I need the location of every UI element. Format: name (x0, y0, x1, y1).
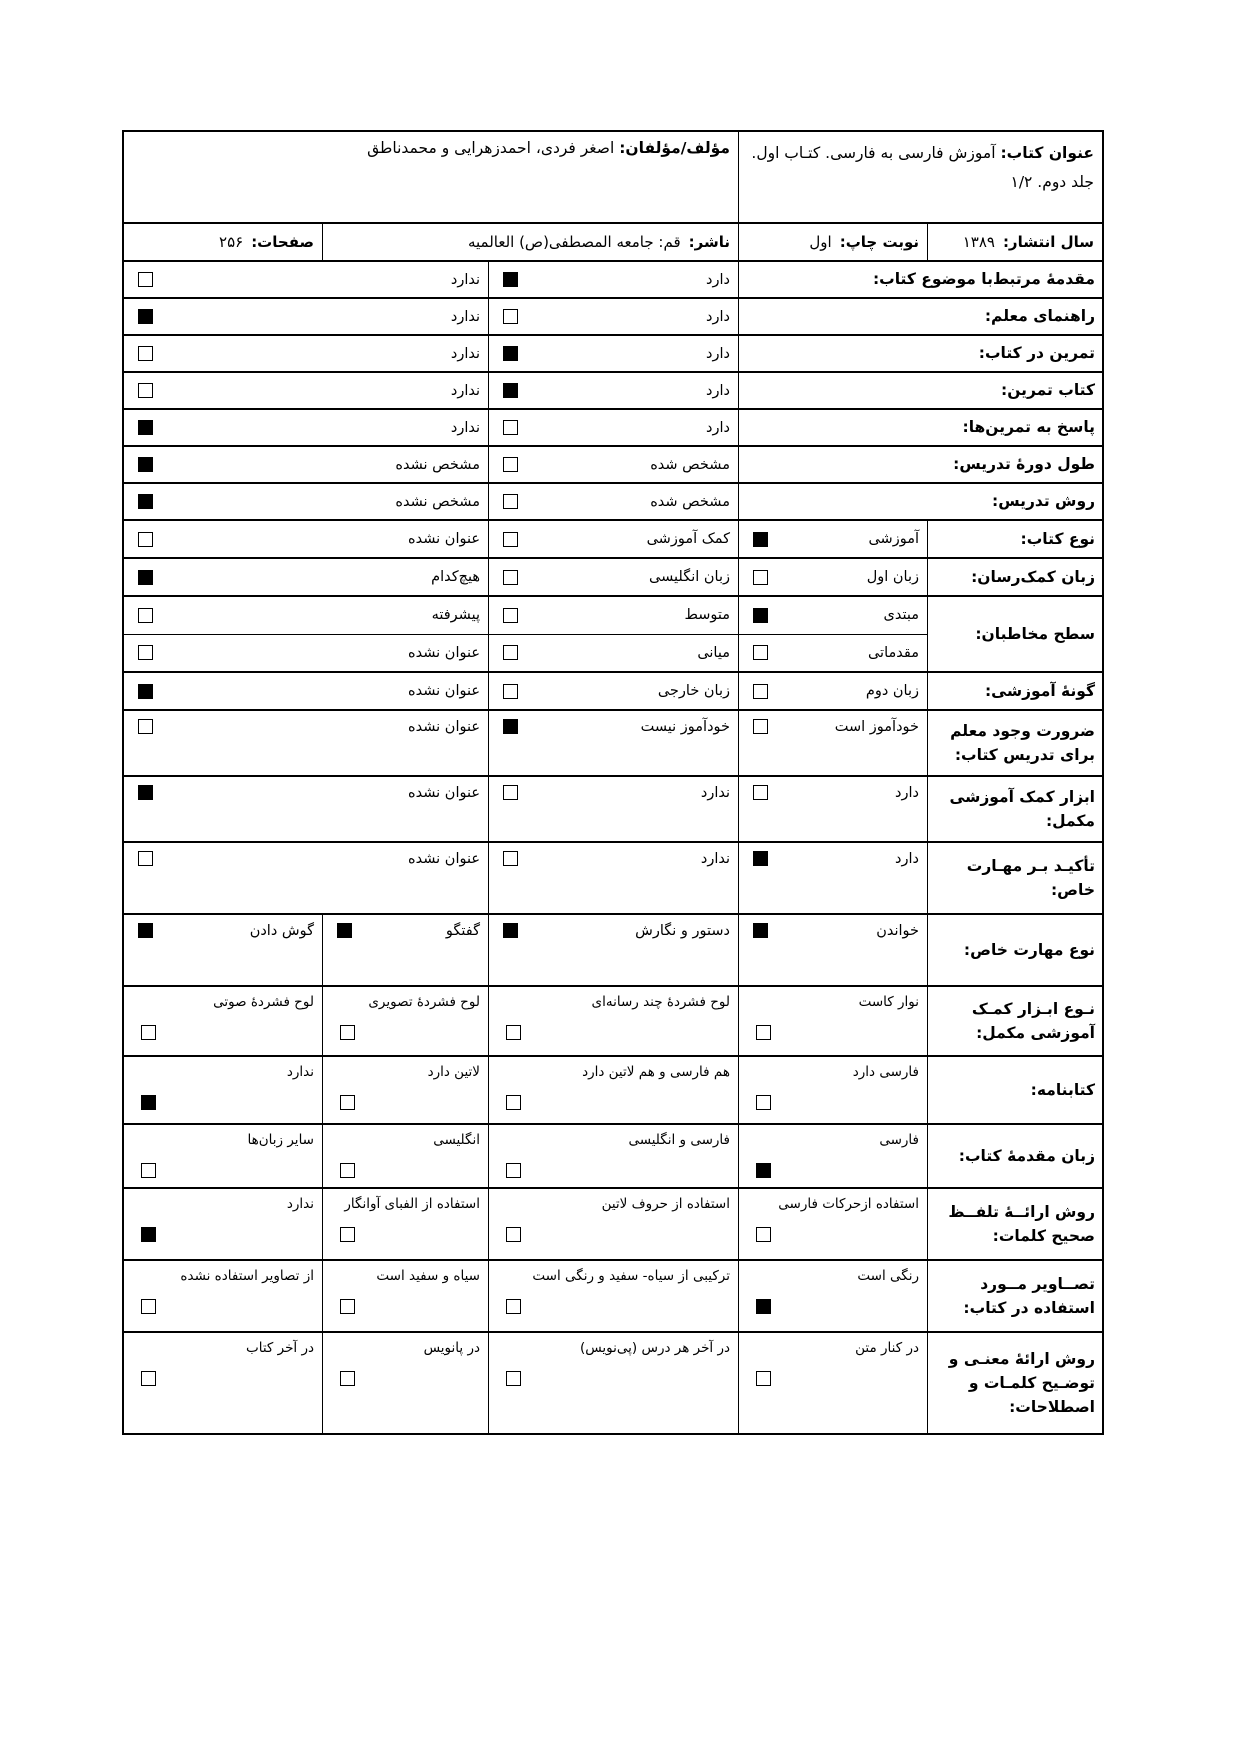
publish-year-value: ۱۳۸۹ (963, 233, 995, 251)
option-label: دارد (895, 851, 919, 867)
option-label: هیچ‌کدام (431, 569, 480, 585)
option-cell: لوح فشردۀ چند رسانه‌ای (488, 987, 738, 1055)
field-label: تصــاویر مــورد استفاده در کتاب: (927, 1261, 1102, 1331)
checkbox (503, 608, 518, 623)
option-label: در آخر کتاب (124, 1339, 314, 1358)
checkbox (138, 923, 153, 938)
field-label: نوع مهارت خاص: (927, 915, 1102, 985)
option-cell: ندارد (488, 843, 738, 913)
pages-cell: صفحات: ۲۵۶ (124, 224, 322, 260)
audience-level-options: مبتدی متوسط پیشرفته مقدماتی میانی عنوان … (124, 597, 927, 671)
option-label: انگلیسی (323, 1131, 480, 1150)
option-cell: گوش دادن (124, 915, 322, 985)
checkbox (503, 272, 518, 287)
option-label: خواندن (876, 923, 919, 939)
field-row-bibliography: کتابنامه: فارسی دارد هم فارسی و هم لاتین… (124, 1057, 1102, 1125)
checkbox (506, 1163, 521, 1178)
option-label: میانی (697, 645, 730, 661)
checkbox (503, 851, 518, 866)
option-label: کمک آموزشی (647, 531, 730, 547)
field-row-pronunciation-method: روش ارائــۀ تلفــظ صحیح کلمات: استفاده ا… (124, 1189, 1102, 1261)
option-cell: گفتگو (322, 915, 488, 985)
option-cell: زبان انگلیسی (488, 559, 738, 595)
option-label: ندارد (451, 346, 480, 362)
option-label: مشخص شده (650, 494, 730, 510)
option-cell: فارسی (738, 1125, 927, 1187)
option-label: عنوان نشده (408, 645, 480, 661)
option-label: ندارد (124, 1195, 314, 1214)
checkbox (506, 1095, 521, 1110)
option-label: نوار کاست (739, 993, 919, 1012)
checkbox (753, 923, 768, 938)
field-label: نوع کتاب: (927, 521, 1102, 557)
checkbox (503, 785, 518, 800)
option-label: آموزشی (868, 531, 919, 547)
checkbox (138, 645, 153, 660)
pages-label: صفحات: (251, 233, 314, 251)
option-cell: استفاده ازحرکات فارسی (738, 1189, 927, 1259)
option-cell: ندارد (124, 1057, 322, 1123)
option-label: گفتگو (446, 923, 480, 939)
checkbox (340, 1371, 355, 1386)
checkbox (756, 1095, 771, 1110)
option-cell: سایر زبان‌ها (124, 1125, 322, 1187)
option-cell: ندارد (124, 336, 488, 371)
authors-value: اصغر فردی، احمدزهرایی و محمدناطق (367, 139, 614, 157)
option-cell: عنوان نشده (124, 843, 488, 913)
option-cell: ندارد (124, 299, 488, 334)
field-row-answer-key: پاسخ به تمرین‌ها: دارد ندارد (124, 410, 1102, 447)
option-cell: نوار کاست (738, 987, 927, 1055)
checkbox (753, 851, 768, 866)
option-cell: مشخص نشده (124, 447, 488, 482)
checkbox (138, 684, 153, 699)
option-label: مشخص نشده (395, 457, 480, 473)
checkbox (503, 645, 518, 660)
option-label: در کنار متن (739, 1339, 919, 1358)
edition-cell: نوبت چاپ: اول (738, 224, 927, 260)
option-cell: دارد (488, 299, 738, 334)
option-label: زبان اول (867, 569, 919, 585)
checkbox (756, 1227, 771, 1242)
option-label: دارد (895, 785, 919, 801)
checkbox (503, 494, 518, 509)
option-cell: ترکیبی از سیاه- سفید و رنگی است (488, 1261, 738, 1331)
option-label: استفاده از حروف لاتین (489, 1195, 730, 1214)
checkbox (756, 1371, 771, 1386)
field-row-book-type: نوع کتاب: آموزشی کمک آموزشی عنوان نشده (124, 521, 1102, 559)
option-cell: پیشرفته (124, 597, 488, 634)
book-info-table: عنوان کتاب: آموزش فارسی به فارسی. کتـاب … (122, 130, 1104, 1435)
pages-value: ۲۵۶ (219, 233, 243, 251)
option-cell: زبان اول (738, 559, 927, 595)
option-label: دارد (706, 383, 730, 399)
checkbox (141, 1025, 156, 1040)
option-cell: در آخر هر درس (پی‌نویس) (488, 1333, 738, 1433)
field-label: کتابنامه: (927, 1057, 1102, 1123)
option-cell: عنوان نشده (124, 673, 488, 709)
option-label: مقدماتی (868, 645, 919, 661)
option-cell: مقدماتی (738, 635, 927, 672)
option-cell: مشخص شده (488, 447, 738, 482)
field-row-teacher-necessity: ضرورت وجود معلم برای تدریس کتاب: خودآموز… (124, 711, 1102, 777)
option-cell: دارد (488, 262, 738, 297)
option-label: سیاه و سفید است (323, 1267, 480, 1286)
field-label: زبان کمک‌رسان: (927, 559, 1102, 595)
option-label: عنوان نشده (408, 851, 480, 867)
checkbox (138, 532, 153, 547)
field-label: روش ارائــۀ تلفــظ صحیح کلمات: (927, 1189, 1102, 1259)
option-cell: ندارد (124, 262, 488, 297)
publisher-label: ناشر: (689, 233, 730, 251)
field-label: ضرورت وجود معلم برای تدریس کتاب: (927, 711, 1102, 775)
option-label: عنوان نشده (408, 785, 480, 801)
checkbox (506, 1025, 521, 1040)
option-cell: خودآموز است (738, 711, 927, 775)
option-label: عنوان نشده (408, 683, 480, 699)
option-cell: هیچ‌کدام (124, 559, 488, 595)
field-row-supplementary-tools: ابزار کمک آموزشی مکمل: دارد ندارد عنوان … (124, 777, 1102, 843)
option-label: خودآموز است (835, 719, 919, 735)
option-cell: ندارد (124, 1189, 322, 1259)
field-row-teaching-method: روش تدریس: مشخص شده مشخص نشده (124, 484, 1102, 521)
option-label: زبان خارجی (658, 683, 730, 699)
option-cell: میانی (488, 635, 738, 672)
checkbox (340, 1299, 355, 1314)
book-title-value: آموزش فارسی به فارسی. کتـاب اول. (751, 144, 995, 162)
option-label: ندارد (451, 272, 480, 288)
authors-cell: مؤلف/مؤلفان: اصغر فردی، احمدزهرایی و محم… (124, 132, 738, 222)
authors-label: مؤلف/مؤلفان: (619, 139, 730, 157)
checkbox (138, 346, 153, 361)
checkbox (753, 645, 768, 660)
checkbox (138, 420, 153, 435)
audience-level-subrow: مبتدی متوسط پیشرفته (124, 597, 927, 635)
option-cell: عنوان نشده (124, 635, 488, 672)
option-cell: مبتدی (738, 597, 927, 634)
checkbox (141, 1371, 156, 1386)
checkbox (753, 719, 768, 734)
field-label: سطح مخاطبان: (927, 597, 1102, 671)
field-row-images-used: تصــاویر مــورد استفاده در کتاب: رنگی اس… (124, 1261, 1102, 1333)
option-cell: دارد (738, 777, 927, 841)
checkbox (503, 570, 518, 585)
option-label: ندارد (451, 383, 480, 399)
option-cell: خودآموز نیست (488, 711, 738, 775)
option-label: دارد (706, 420, 730, 436)
checkbox (506, 1371, 521, 1386)
field-label: تمرین در کتاب: (738, 336, 1102, 371)
option-cell: عنوان نشده (124, 711, 488, 775)
book-title-cell: عنوان کتاب: آموزش فارسی به فارسی. کتـاب … (738, 132, 1102, 222)
checkbox (503, 346, 518, 361)
checkbox (141, 1227, 156, 1242)
option-cell: متوسط (488, 597, 738, 634)
option-label: استفاده از الفبای آوانگار (323, 1195, 480, 1214)
option-label: خودآموز نیست (641, 719, 730, 735)
field-row-support-language: زبان کمک‌رسان: زبان اول زبان انگلیسی هیچ… (124, 559, 1102, 597)
option-cell: سیاه و سفید است (322, 1261, 488, 1331)
checkbox (138, 785, 153, 800)
field-row-course-length: طول دورۀ تدریس: مشخص شده مشخص نشده (124, 447, 1102, 484)
option-label: استفاده ازحرکات فارسی (739, 1195, 919, 1214)
option-label: ندارد (701, 785, 730, 801)
option-cell: عنوان نشده (124, 521, 488, 557)
option-cell: ندارد (124, 410, 488, 445)
checkbox (141, 1299, 156, 1314)
publish-year-cell: سال انتشار: ۱۳۸۹ (927, 224, 1102, 260)
checkbox (753, 608, 768, 623)
option-label: در پانویس (323, 1339, 480, 1358)
option-label: فارسی (739, 1131, 919, 1150)
field-label: طول دورۀ تدریس: (738, 447, 1102, 482)
option-cell: لوح فشردۀ تصویری (322, 987, 488, 1055)
checkbox (503, 719, 518, 734)
option-label: ندارد (451, 309, 480, 325)
checkbox (506, 1299, 521, 1314)
publisher-value: قم: جامعه المصطفی(ص) العالمیه (468, 233, 681, 251)
checkbox (753, 570, 768, 585)
option-label: دارد (706, 272, 730, 288)
field-label: نـوع ابـزار کمـک آموزشی مکمل: (927, 987, 1102, 1055)
meta-row: سال انتشار: ۱۳۸۹ نوبت چاپ: اول ناشر: قم:… (124, 224, 1102, 262)
option-cell: در کنار متن (738, 1333, 927, 1433)
option-label: رنگی است (739, 1267, 919, 1286)
checkbox (141, 1163, 156, 1178)
option-cell: دستور و نگارش (488, 915, 738, 985)
option-cell: در آخر کتاب (124, 1333, 322, 1433)
field-row-workbook: کتاب تمرین: دارد ندارد (124, 373, 1102, 410)
checkbox (138, 608, 153, 623)
option-cell: زبان دوم (738, 673, 927, 709)
publish-year-label: سال انتشار: (1003, 233, 1094, 251)
option-cell: از تصاویر استفاده نشده (124, 1261, 322, 1331)
option-cell: رنگی است (738, 1261, 927, 1331)
field-row-supplementary-tool-type: نـوع ابـزار کمـک آموزشی مکمل: نوار کاست … (124, 987, 1102, 1057)
field-label: راهنمای معلم: (738, 299, 1102, 334)
field-row-audience-level: سطح مخاطبان: مبتدی متوسط پیشرفته مقدماتی… (124, 597, 1102, 673)
field-row-intro: مقدمۀ مرتبط‌با موضوع کتاب: دارد ندارد (124, 262, 1102, 299)
option-label: عنوان نشده (408, 719, 480, 735)
checkbox (503, 684, 518, 699)
edition-label: نوبت چاپ: (840, 233, 919, 251)
option-cell: دارد (488, 410, 738, 445)
option-label: زبان دوم (866, 683, 919, 699)
field-label: روش تدریس: (738, 484, 1102, 519)
option-cell: آموزشی (738, 521, 927, 557)
option-cell: استفاده از الفبای آوانگار (322, 1189, 488, 1259)
title-row: عنوان کتاب: آموزش فارسی به فارسی. کتـاب … (124, 132, 1102, 224)
option-label: مشخص شده (650, 457, 730, 473)
field-label: کتاب تمرین: (738, 373, 1102, 408)
option-cell: هم فارسی و هم لاتین دارد (488, 1057, 738, 1123)
checkbox (138, 272, 153, 287)
option-cell: مشخص شده (488, 484, 738, 519)
field-label: پاسخ به تمرین‌ها: (738, 410, 1102, 445)
checkbox (506, 1227, 521, 1242)
option-cell: لوح فشردۀ صوتی (124, 987, 322, 1055)
field-label: گونۀ آموزشی: (927, 673, 1102, 709)
option-label: متوسط (684, 607, 730, 623)
checkbox (138, 383, 153, 398)
checkbox (141, 1095, 156, 1110)
option-label: فارسی و انگلیسی (489, 1131, 730, 1150)
checkbox (340, 1025, 355, 1040)
option-label: دارد (706, 346, 730, 362)
option-label: مبتدی (884, 607, 919, 623)
option-label: ندارد (701, 851, 730, 867)
option-label: سایر زبان‌ها (124, 1131, 314, 1150)
option-label: ترکیبی از سیاه- سفید و رنگی است (489, 1267, 730, 1286)
option-label: دارد (706, 309, 730, 325)
checkbox (138, 851, 153, 866)
field-row-special-skill-type: نوع مهارت خاص: خواندن دستور و نگارش گفتگ… (124, 915, 1102, 987)
book-title-volume: جلد دوم. ۱/۲ (1011, 173, 1095, 191)
option-label: دستور و نگارش (635, 923, 730, 939)
option-cell: مشخص نشده (124, 484, 488, 519)
option-cell: ندارد (488, 777, 738, 841)
option-cell: خواندن (738, 915, 927, 985)
checkbox (503, 383, 518, 398)
option-label: پیشرفته (432, 607, 480, 623)
option-label: گوش دادن (250, 923, 314, 939)
option-cell: استفاده از حروف لاتین (488, 1189, 738, 1259)
option-cell: فارسی دارد (738, 1057, 927, 1123)
checkbox (138, 570, 153, 585)
field-row-exercises-in-book: تمرین در کتاب: دارد ندارد (124, 336, 1102, 373)
checkbox (503, 532, 518, 547)
option-cell: دارد (488, 373, 738, 408)
checkbox (756, 1299, 771, 1314)
checkbox (753, 684, 768, 699)
option-cell: لاتین دارد (322, 1057, 488, 1123)
option-label: ندارد (124, 1063, 314, 1082)
field-row-intro-language: زبان مقدمۀ کتاب: فارسی فارسی و انگلیسی ا… (124, 1125, 1102, 1189)
checkbox (753, 785, 768, 800)
option-cell: دارد (488, 336, 738, 371)
option-label: لوح فشردۀ تصویری (323, 993, 480, 1012)
checkbox (138, 719, 153, 734)
checkbox (503, 309, 518, 324)
publisher-cell: ناشر: قم: جامعه المصطفی(ص) العالمیه (322, 224, 738, 260)
field-label: مقدمۀ مرتبط‌با موضوع کتاب: (738, 262, 1102, 297)
option-label: مشخص نشده (395, 494, 480, 510)
checkbox (340, 1095, 355, 1110)
checkbox (756, 1163, 771, 1178)
checkbox (756, 1025, 771, 1040)
field-row-special-skill-emphasis: تأکیـد بـر مهـارت خاص: دارد ندارد عنوان … (124, 843, 1102, 915)
field-label: تأکیـد بـر مهـارت خاص: (927, 843, 1102, 913)
checkbox (503, 457, 518, 472)
checkbox (753, 532, 768, 547)
audience-level-subrow: مقدماتی میانی عنوان نشده (124, 635, 927, 672)
option-label: لوح فشردۀ صوتی (124, 993, 314, 1012)
field-row-instruction-type: گونۀ آموزشی: زبان دوم زبان خارجی عنوان ن… (124, 673, 1102, 711)
option-label: هم فارسی و هم لاتین دارد (489, 1063, 730, 1082)
field-label: ابزار کمک آموزشی مکمل: (927, 777, 1102, 841)
field-label: روش ارائۀ معنـی و توضـیح کلمـات و اصطلاح… (927, 1333, 1102, 1433)
option-label: زبان انگلیسی (649, 569, 730, 585)
option-label: لاتین دارد (323, 1063, 480, 1082)
field-row-meaning-presentation: روش ارائۀ معنـی و توضـیح کلمـات و اصطلاح… (124, 1333, 1102, 1433)
option-label: از تصاویر استفاده نشده (124, 1267, 314, 1286)
checkbox (503, 420, 518, 435)
checkbox (340, 1227, 355, 1242)
checkbox (138, 457, 153, 472)
option-cell: در پانویس (322, 1333, 488, 1433)
field-label: زبان مقدمۀ کتاب: (927, 1125, 1102, 1187)
option-label: ندارد (451, 420, 480, 436)
checkbox (340, 1163, 355, 1178)
option-cell: زبان خارجی (488, 673, 738, 709)
option-cell: دارد (738, 843, 927, 913)
checkbox (503, 923, 518, 938)
option-label: فارسی دارد (739, 1063, 919, 1082)
checkbox (337, 923, 352, 938)
option-cell: انگلیسی (322, 1125, 488, 1187)
option-cell: فارسی و انگلیسی (488, 1125, 738, 1187)
edition-value: اول (809, 233, 831, 251)
checkbox (138, 494, 153, 509)
option-label: لوح فشردۀ چند رسانه‌ای (489, 993, 730, 1012)
checkbox (138, 309, 153, 324)
option-label: در آخر هر درس (پی‌نویس) (489, 1339, 730, 1358)
scanned-form-page: { "colors": {"ink": "#000000", "paper": … (0, 0, 1241, 1755)
field-row-teacher-guide: راهنمای معلم: دارد ندارد (124, 299, 1102, 336)
book-title-label: عنوان کتاب: (1000, 144, 1094, 162)
option-cell: ندارد (124, 373, 488, 408)
option-label: عنوان نشده (408, 531, 480, 547)
option-cell: کمک آموزشی (488, 521, 738, 557)
option-cell: عنوان نشده (124, 777, 488, 841)
